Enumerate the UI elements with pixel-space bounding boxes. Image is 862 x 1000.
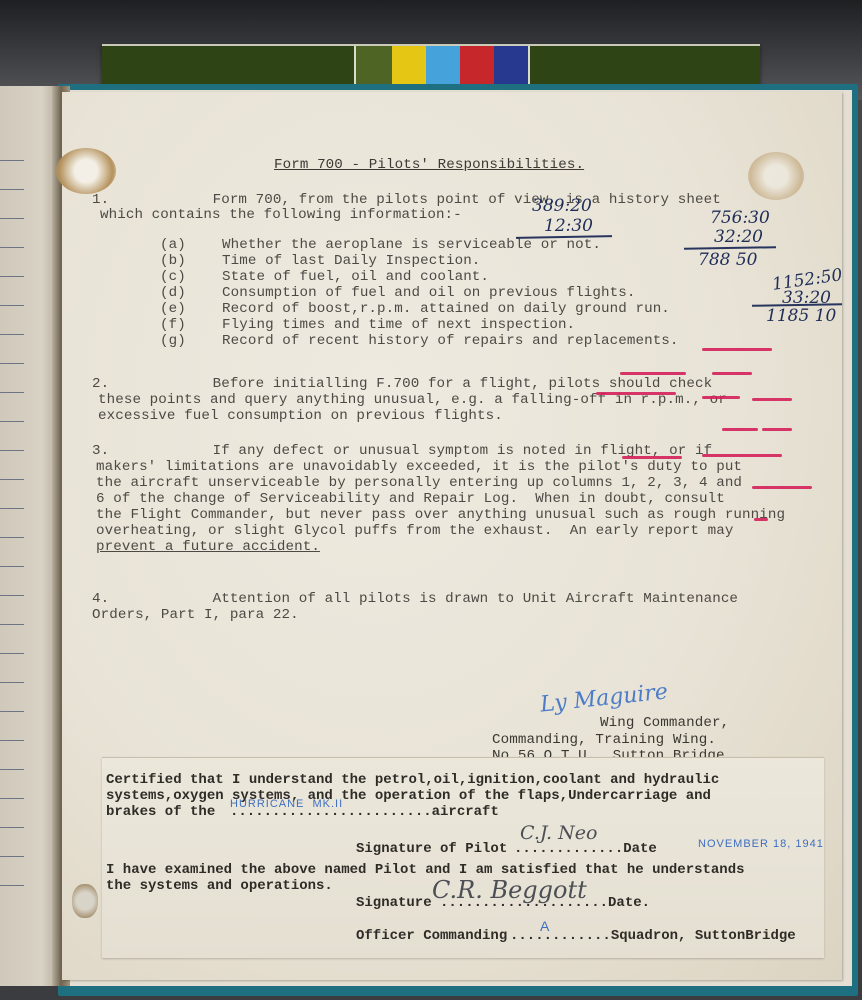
officer-commanding-dots: ............Squadron, SuttonBridge: [510, 929, 796, 944]
item-text-c: State of fuel, oil and coolant.: [222, 270, 489, 286]
red-mark: [620, 372, 686, 375]
item-text-f: Flying times and time of next inspection…: [222, 318, 575, 334]
pilot-signature: C.J. Neo: [520, 822, 597, 844]
date-handwritten: NOVEMBER 18, 1941: [698, 838, 824, 850]
certificate-line6: the systems and operations.: [106, 879, 333, 894]
para2-line1: 2. Before initialling F.700 for a flight…: [92, 377, 712, 393]
para2-line3: excessive fuel consumption on previous f…: [98, 409, 503, 425]
red-mark: [752, 486, 812, 489]
para3-line7: prevent a future accident.: [96, 540, 320, 556]
pilot-signature-label: Signature of Pilot: [356, 842, 507, 857]
para3-line6: overheating, or slight Glycol puffs from…: [96, 524, 733, 540]
handwritten-sum-2a: 756:30: [710, 208, 770, 228]
officer-commanding-label: Officer Commanding: [356, 929, 507, 944]
certificate-slip: Certified that I understand the petrol,o…: [102, 757, 824, 958]
fold-mark-top-right: [748, 152, 804, 200]
item-letter-a: (a): [160, 238, 186, 254]
red-mark: [762, 428, 792, 431]
red-mark: [712, 372, 752, 375]
handwritten-sum-1a: 389:20: [532, 196, 592, 216]
aircraft-type-handwritten: HURRICANE MK.II: [230, 798, 343, 810]
para1-line2: which contains the following information…: [100, 208, 462, 224]
para3-line1: 3. If any defect or unusual symptom is n…: [92, 444, 712, 460]
red-mark: [754, 518, 768, 521]
item-letter-g: (g): [160, 334, 186, 350]
officer-signature: C.R. Beggott: [432, 876, 587, 904]
item-text-a: Whether the aeroplane is serviceable or …: [222, 238, 601, 254]
certificate-line1: Certified that I understand the petrol,o…: [106, 773, 719, 788]
item-letter-e: (e): [160, 302, 186, 318]
handwritten-sum-2c: 788 50: [698, 250, 757, 270]
officer-signature-label: Signature: [356, 896, 432, 911]
wing-commander-signature: Ly Maguire: [539, 679, 669, 717]
ribbon-stripe-5: [494, 46, 530, 88]
ribbon-stripe-2: [392, 46, 426, 88]
ribbon-stripe-1: [354, 46, 392, 88]
para3-line2: makers' limitations are unavoidably exce…: [96, 460, 742, 476]
item-text-e: Record of boost,r.p.m. attained on daily…: [222, 302, 670, 318]
para3-line3: the aircraft unserviceable by personally…: [96, 476, 742, 492]
para3-line5: the Flight Commander, but never pass ove…: [96, 508, 785, 524]
item-letter-d: (d): [160, 286, 186, 302]
red-mark: [702, 348, 772, 351]
document-title: Form 700 - Pilots' Responsibilities.: [274, 158, 584, 174]
item-letter-f: (f): [160, 318, 186, 334]
item-letter-c: (c): [160, 270, 186, 286]
item-text-d: Consumption of fuel and oil on previous …: [222, 286, 635, 302]
para4-line1: 4. Attention of all pilots is drawn to U…: [92, 592, 738, 608]
red-mark: [702, 454, 782, 457]
para3-line4: 6 of the change of Serviceability and Re…: [96, 492, 725, 508]
ribbon-stripe-3: [426, 46, 460, 88]
item-text-g: Record of recent history of repairs and …: [222, 334, 679, 350]
green-book-spine: [102, 44, 760, 88]
red-mark: [622, 456, 682, 459]
item-letter-b: (b): [160, 254, 186, 270]
red-mark: [752, 398, 792, 401]
burn-hole-top-left: [56, 148, 116, 194]
certificate-line2: systems,oxygen systems, and the operatio…: [106, 789, 711, 804]
squadron-handwritten: A: [540, 918, 550, 934]
para4-line2: Orders, Part I, para 22.: [92, 608, 299, 624]
ribbon-stripe-4: [460, 46, 494, 88]
red-mark: [596, 392, 676, 395]
pilot-signature-dots: .............Date: [514, 842, 657, 857]
certificate-line3-prefix: brakes of the: [106, 805, 215, 820]
handwritten-sum-3c: 1185 10: [766, 306, 836, 326]
burn-hole-bottom-left: [72, 884, 98, 918]
certificate-line5: I have examined the above named Pilot an…: [106, 863, 745, 878]
para2-line2: these points and query anything unusual,…: [98, 393, 727, 409]
red-mark: [722, 428, 758, 431]
handwritten-sum-2b: 32:20: [714, 227, 763, 247]
signoff-line1: Wing Commander,: [600, 716, 729, 732]
red-mark: [702, 396, 740, 399]
signoff-line2: Commanding, Training Wing.: [492, 733, 716, 749]
handwritten-sum-1b: 12:30: [544, 216, 593, 236]
item-text-b: Time of last Daily Inspection.: [222, 254, 480, 270]
